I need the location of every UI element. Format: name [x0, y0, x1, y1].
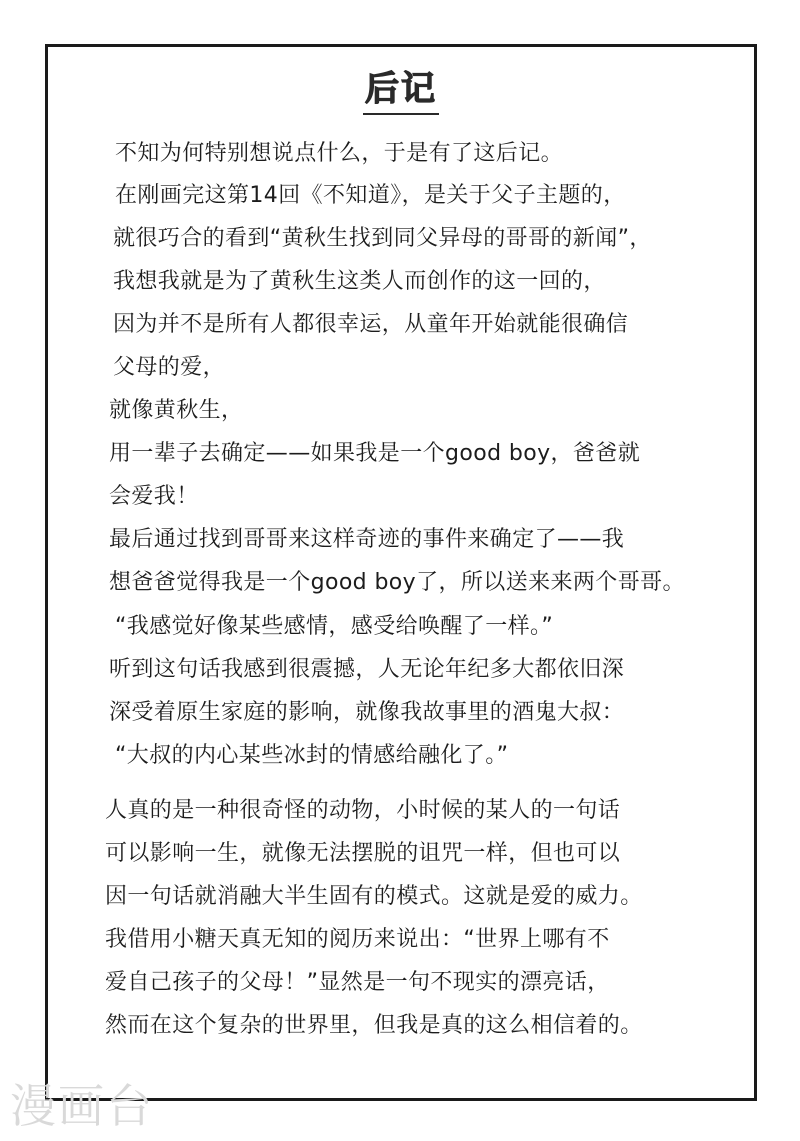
text-line-15: “大叔的内心某些冰封的情感给融化了。”: [115, 741, 508, 771]
watermark-logo: 漫画台: [10, 1078, 154, 1134]
text-line-7: 就像黄秋生，: [109, 396, 243, 426]
text-line-16: 人真的是一种很奇怪的动物，小时候的某人的一句话: [105, 796, 620, 826]
page-title: 后记: [363, 69, 439, 115]
text-line-12: “我感觉好像某些感情，感受给唤醒了一样。”: [115, 612, 553, 642]
text-line-18: 因一句话就消融大半生固有的模式。这就是爱的威力。: [105, 882, 643, 912]
text-line-6: 父母的爱，: [113, 353, 225, 383]
text-line-21: 然而在这个复杂的世界里，但我是真的这么相信着的。: [105, 1011, 643, 1041]
text-line-20: 爱自己孩子的父母！”显然是一句不现实的漂亮话，: [105, 968, 610, 998]
text-line-19: 我借用小糖天真无知的阅历来说出：“世界上哪有不: [105, 925, 610, 955]
title-container: 后记: [48, 69, 754, 115]
text-line-11: 想爸爸觉得我是一个good boy了，所以送来来两个哥哥。: [109, 568, 685, 598]
text-line-10: 最后通过找到哥哥来这样奇迹的事件来确定了——我: [109, 525, 624, 555]
text-line-1: 不知为何特别想说点什么，于是有了这后记。: [115, 139, 563, 169]
text-line-9: 会爱我！: [109, 482, 199, 512]
text-line-4: 我想我就是为了黄秋生这类人而创作的这一回的，: [113, 267, 606, 297]
text-line-14: 深受着原生家庭的影响，就像我故事里的酒鬼大叔：: [109, 698, 624, 728]
text-line-2: 在刚画完这第14回《不知道》，是关于父子主题的，: [115, 181, 626, 211]
text-line-17: 可以影响一生，就像无法摆脱的诅咒一样，但也可以: [105, 839, 620, 869]
text-line-5: 因为并不是所有人都很幸运，从童年开始就能很确信: [113, 310, 628, 340]
text-line-8: 用一辈子去确定——如果我是一个good boy，爸爸就: [109, 439, 640, 469]
text-line-3: 就很巧合的看到“黄秋生找到同父异母的哥哥的新闻”，: [113, 224, 652, 254]
text-line-13: 听到这句话我感到很震撼，人无论年纪多大都依旧深: [109, 655, 624, 685]
